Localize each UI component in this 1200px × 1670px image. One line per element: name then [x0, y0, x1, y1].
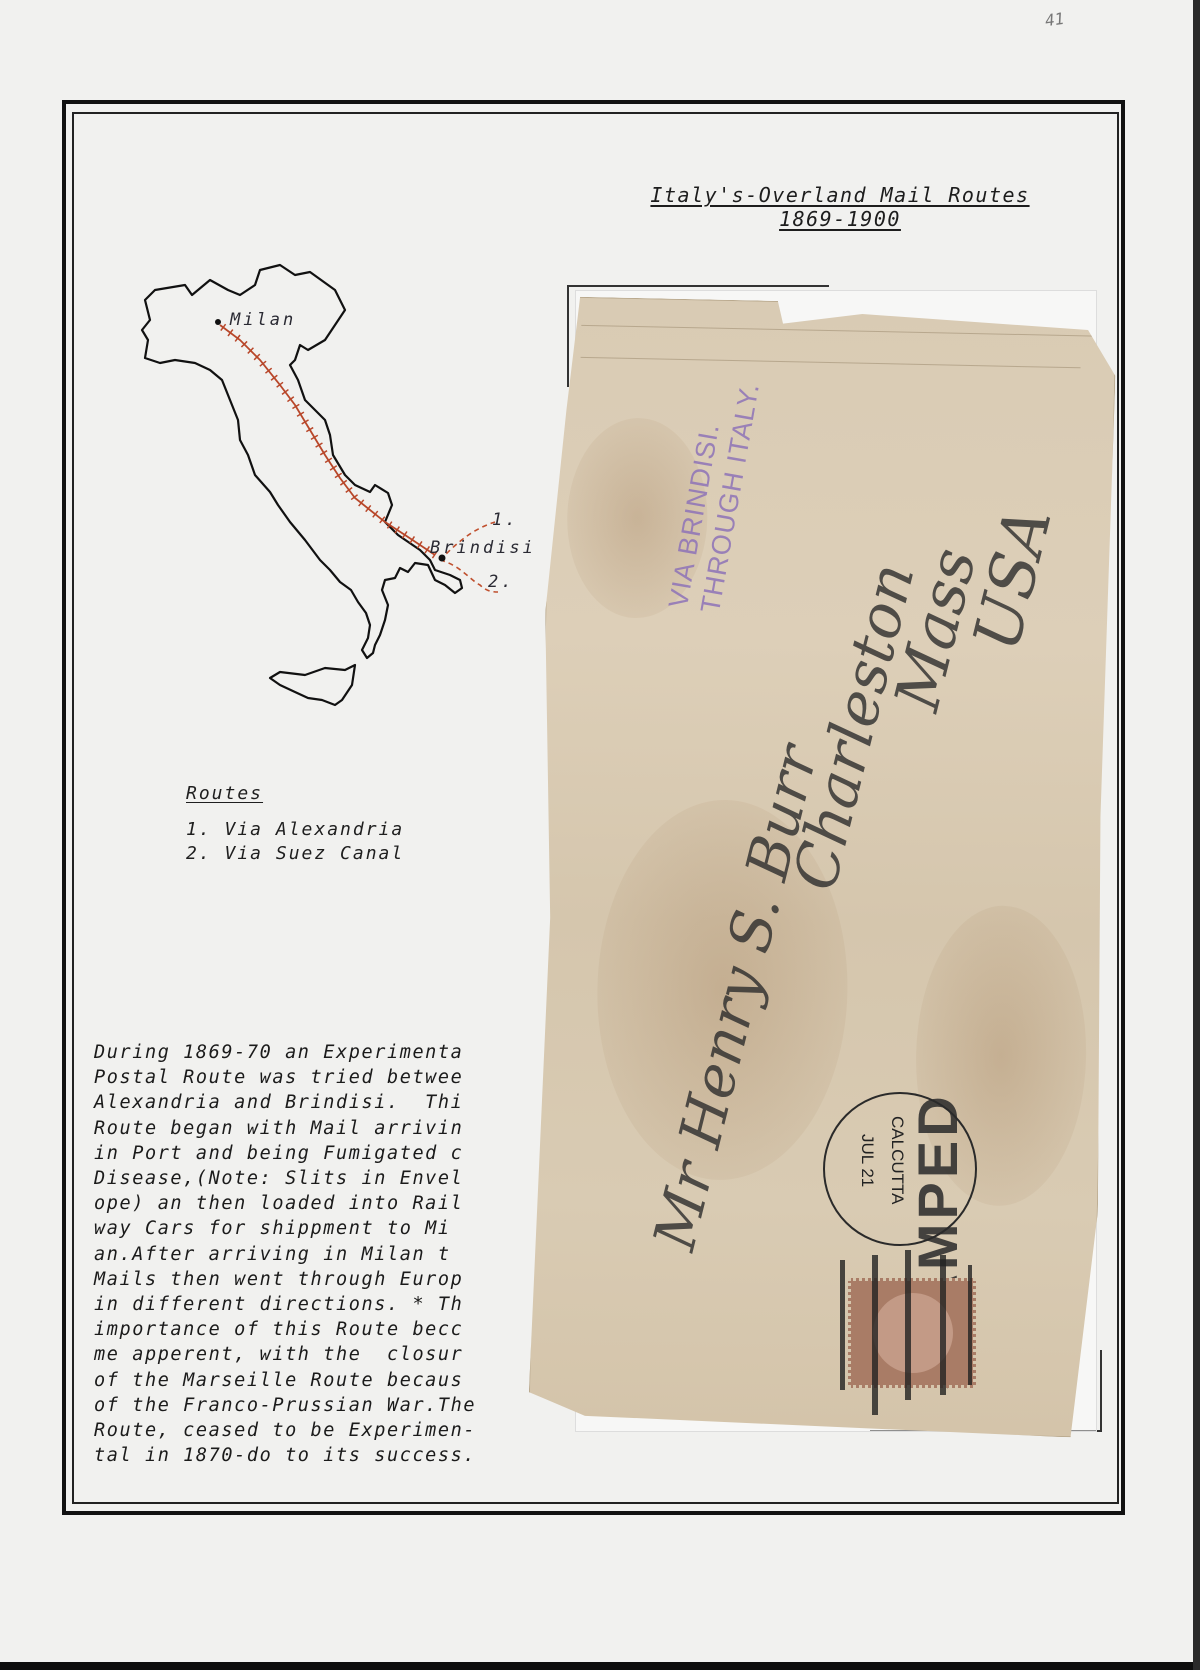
italy-route-map: Milan Brindisi 1. 2. — [130, 260, 580, 710]
killer-bar — [872, 1255, 878, 1415]
envelope-crease — [581, 325, 1101, 337]
via-brindisi-cachet: VIA BRINDISI. THROUGH ITALY. — [655, 355, 790, 615]
routes-heading: Routes — [186, 782, 404, 806]
killer-bar — [968, 1265, 972, 1385]
map-label-milan: Milan — [230, 310, 296, 330]
page-title: Italy's-Overland Mail Routes 1869-1900 — [580, 183, 1100, 231]
route-item-2: 2. Via Suez Canal — [186, 842, 404, 866]
scan-edge-right — [1193, 0, 1200, 1670]
page-number-mark: 41 — [1044, 9, 1066, 30]
postage-stamp — [848, 1278, 976, 1388]
killer-bar — [840, 1260, 845, 1390]
map-label-route-1: 1. — [492, 510, 518, 530]
scan-edge-bottom — [0, 1662, 1200, 1670]
italy-outline-icon — [130, 260, 580, 710]
postmark-date: JUL 21 — [857, 1134, 877, 1187]
killer-bar — [905, 1250, 911, 1400]
title-line-1: Italy's-Overland Mail Routes — [650, 183, 1029, 207]
title-line-2: 1869-1900 — [779, 207, 901, 231]
postmark-city: CALCUTTA — [887, 1116, 907, 1204]
map-label-brindisi: Brindisi — [430, 538, 536, 558]
map-label-route-2: 2. — [488, 572, 514, 592]
killer-bar — [940, 1255, 946, 1395]
route-item-1: 1. Via Alexandria — [186, 818, 404, 842]
routes-legend: Routes 1. Via Alexandria 2. Via Suez Can… — [186, 782, 404, 866]
